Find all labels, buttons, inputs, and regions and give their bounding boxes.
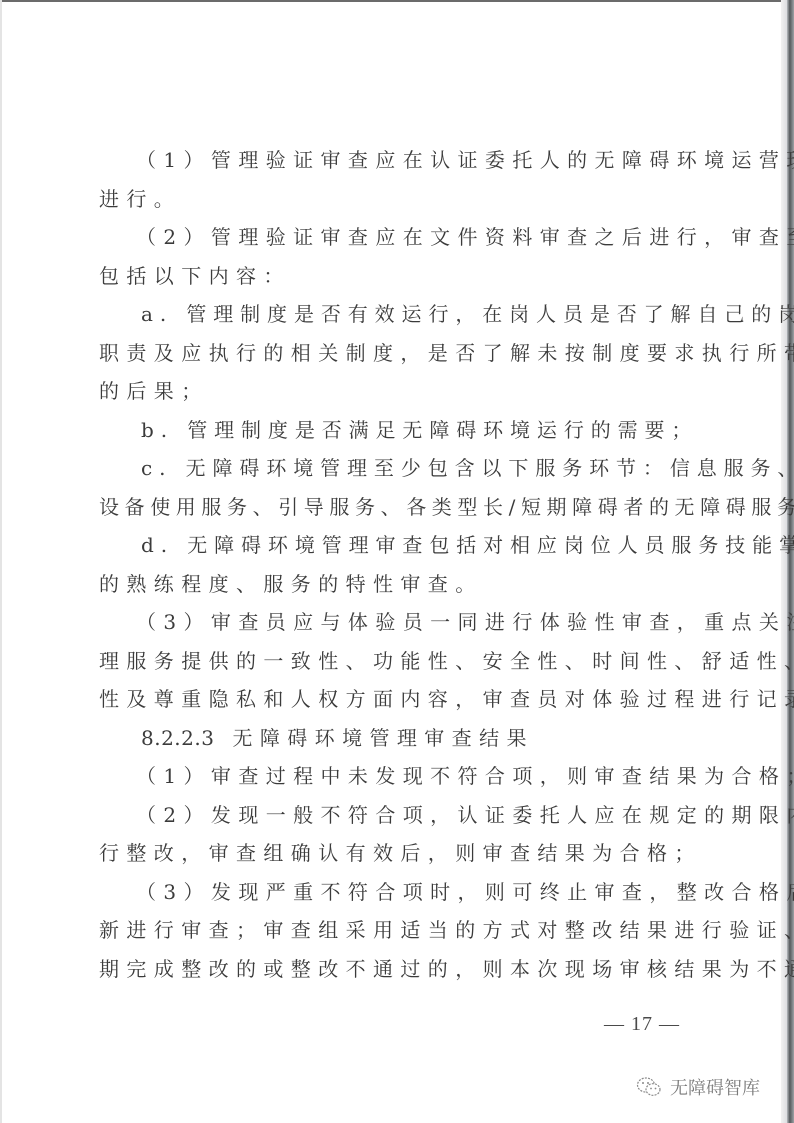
watermark: 无障碍智库 [636, 1074, 760, 1100]
paragraph-experience-review: （3）审查员应与体验员一同进行体验性审查，重点关注管 理服务提供的一致性、功能性… [99, 603, 693, 719]
scan-left-edge [0, 0, 2, 1123]
document-body: （1）管理验证审查应在认证委托人的无障碍环境运营现场 进行。 （2）管理验证审查… [99, 141, 693, 988]
paragraph-verification-location: （1）管理验证审查应在认证委托人的无障碍环境运营现场 进行。 [99, 141, 693, 218]
text-line: d. 无障碍环境管理审查包括对相应岗位人员服务技能掌握 [99, 526, 693, 565]
text-line: 新进行审查；审查组采用适当的方式对整改结果进行验证、未能按 [99, 911, 693, 950]
section-heading: 8.2.2.3无障碍环境管理审查结果 [99, 719, 693, 758]
text-line: 的后果； [99, 372, 693, 411]
watermark-text: 无障碍智库 [670, 1074, 760, 1100]
text-line: 设备使用服务、引导服务、各类型长/短期障碍者的无障碍服务； [99, 488, 693, 527]
text-line: 理服务提供的一致性、功能性、安全性、时间性、舒适性、文明 [99, 642, 693, 681]
text-line: （2）发现一般不符合项，认证委托人应在规定的期限内进 [99, 796, 693, 835]
list-item-b: b. 管理制度是否满足无障碍环境运行的需要； [99, 411, 693, 450]
text-line: 性及尊重隐私和人权方面内容，审查员对体验过程进行记录。 [99, 680, 693, 719]
list-item-c: c. 无障碍环境管理至少包含以下服务环节：信息服务、设施 设备使用服务、引导服务… [99, 449, 693, 526]
text-line: （3）审查员应与体验员一同进行体验性审查，重点关注管 [99, 603, 693, 642]
section-number: 8.2.2.3 [141, 726, 214, 750]
result-item-major-nonconformity: （3）发现严重不符合项时，则可终止审查，整改合格后可重 新进行审查；审查组采用适… [99, 873, 693, 989]
text-line: 期完成整改的或整改不通过的，则本次现场审核结果为不通过。 [99, 950, 693, 989]
list-item-d: d. 无障碍环境管理审查包括对相应岗位人员服务技能掌握 的熟练程度、服务的特性审… [99, 526, 693, 603]
text-line: 行整改，审查组确认有效后，则审查结果为合格； [99, 834, 693, 873]
text-line: c. 无障碍环境管理至少包含以下服务环节：信息服务、设施 [99, 449, 693, 488]
text-line: b. 管理制度是否满足无障碍环境运行的需要； [99, 411, 693, 450]
page-number: — 17 — [604, 1013, 680, 1036]
section-title: 无障碍环境管理审查结果 [232, 726, 533, 750]
text-line: 职责及应执行的相关制度，是否了解未按制度要求执行所带来 [99, 334, 693, 373]
list-item-a: a. 管理制度是否有效运行，在岗人员是否了解自己的岗位 职责及应执行的相关制度，… [99, 295, 693, 411]
scan-top-edge [0, 0, 794, 2]
text-line: 进行。 [99, 180, 693, 219]
text-line: （2）管理验证审查应在文件资料审查之后进行，审查至少 [99, 218, 693, 257]
text-line: （3）发现严重不符合项时，则可终止审查，整改合格后可重 [99, 873, 693, 912]
text-line: 的熟练程度、服务的特性审查。 [99, 565, 693, 604]
result-item-pass: （1）审查过程中未发现不符合项，则审查结果为合格； [99, 757, 693, 796]
text-line: 包括以下内容： [99, 257, 693, 296]
text-line: （1）审查过程中未发现不符合项，则审查结果为合格； [99, 757, 693, 796]
text-line: a. 管理制度是否有效运行，在岗人员是否了解自己的岗位 [99, 295, 693, 334]
text-line: （1）管理验证审查应在认证委托人的无障碍环境运营现场 [99, 141, 693, 180]
paragraph-verification-timing: （2）管理验证审查应在文件资料审查之后进行，审查至少 包括以下内容： [99, 218, 693, 295]
document-page: （1）管理验证审查应在认证委托人的无障碍环境运营现场 进行。 （2）管理验证审查… [0, 0, 794, 1123]
wechat-icon [636, 1076, 662, 1098]
result-item-minor-nonconformity: （2）发现一般不符合项，认证委托人应在规定的期限内进 行整改，审查组确认有效后，… [99, 796, 693, 873]
